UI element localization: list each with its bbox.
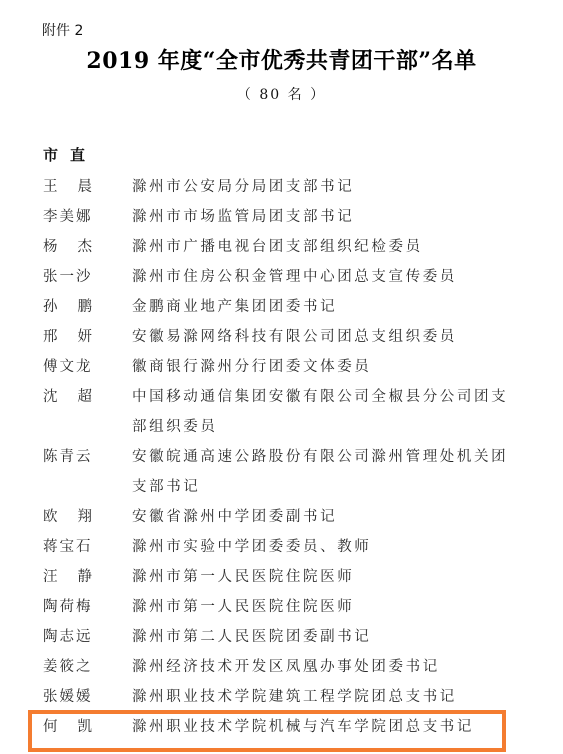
- document-title: 2019 年度“全市优秀共青团干部”名单: [0, 44, 563, 75]
- honoree-role: 徽商银行滁州分行团委文体委员: [132, 352, 523, 382]
- list-item: 傅文龙徽商银行滁州分行团委文体委员: [43, 352, 523, 382]
- honoree-role: 安徽皖通高速公路股份有限公司滁州管理处机关团支部书记: [132, 442, 523, 502]
- honoree-name: 张媛媛: [43, 682, 132, 712]
- list-item: 陶荷梅滁州市第一人民医院住院医师: [43, 592, 523, 622]
- list-item: 杨杰滁州市广播电视台团支部组织纪检委员: [43, 232, 523, 262]
- honoree-name: 沈超: [43, 382, 132, 442]
- honoree-name: 王晨: [43, 172, 132, 202]
- honoree-name: 陈青云: [43, 442, 132, 502]
- list-item: 孙鹏金鹏商业地产集团团委书记: [43, 292, 523, 322]
- honoree-name: 姜筱之: [43, 652, 132, 682]
- honoree-list: 王晨滁州市公安局分局团支部书记 李美娜滁州市市场监管局团支部书记 杨杰滁州市广播…: [43, 172, 523, 742]
- list-item: 陶志远滁州市第二人民医院团委副书记: [43, 622, 523, 652]
- honoree-role: 安徽省滁州中学团委副书记: [132, 502, 523, 532]
- list-item: 李美娜滁州市市场监管局团支部书记: [43, 202, 523, 232]
- honoree-role: 安徽易滁网络科技有限公司团总支组织委员: [132, 322, 523, 352]
- section-heading: 市直: [43, 144, 97, 165]
- honoree-role: 滁州市实验中学团委委员、教师: [132, 532, 523, 562]
- honoree-name: 邢妍: [43, 322, 132, 352]
- list-item: 邢妍安徽易滁网络科技有限公司团总支组织委员: [43, 322, 523, 352]
- count-label: （ 80 名 ）: [0, 84, 563, 104]
- honoree-role: 滁州市住房公积金管理中心团总支宣传委员: [132, 262, 523, 292]
- list-item: 王晨滁州市公安局分局团支部书记: [43, 172, 523, 202]
- list-item: 沈超中国移动通信集团安徽有限公司全椒县分公司团支部组织委员: [43, 382, 523, 442]
- highlight-box: [28, 710, 506, 752]
- honoree-role: 滁州市第一人民医院住院医师: [132, 592, 523, 622]
- honoree-name: 杨杰: [43, 232, 132, 262]
- honoree-name: 孙鹏: [43, 292, 132, 322]
- honoree-role: 滁州市广播电视台团支部组织纪检委员: [132, 232, 523, 262]
- list-item: 欧翔安徽省滁州中学团委副书记: [43, 502, 523, 532]
- honoree-role: 滁州市公安局分局团支部书记: [132, 172, 523, 202]
- list-item: 汪静滁州市第一人民医院住院医师: [43, 562, 523, 592]
- honoree-name: 欧翔: [43, 502, 132, 532]
- honoree-role: 金鹏商业地产集团团委书记: [132, 292, 523, 322]
- honoree-role: 滁州经济技术开发区凤凰办事处团委书记: [132, 652, 523, 682]
- honoree-name: 李美娜: [43, 202, 132, 232]
- honoree-role: 中国移动通信集团安徽有限公司全椒县分公司团支部组织委员: [132, 382, 523, 442]
- list-item: 陈青云安徽皖通高速公路股份有限公司滁州管理处机关团支部书记: [43, 442, 523, 502]
- honoree-name: 蒋宝石: [43, 532, 132, 562]
- list-item: 张媛媛滁州职业技术学院建筑工程学院团总支书记: [43, 682, 523, 712]
- honoree-role: 滁州市市场监管局团支部书记: [132, 202, 523, 232]
- honoree-role: 滁州职业技术学院建筑工程学院团总支书记: [132, 682, 523, 712]
- list-item: 张一沙滁州市住房公积金管理中心团总支宣传委员: [43, 262, 523, 292]
- attachment-label: 附件 2: [42, 20, 83, 40]
- honoree-name: 汪静: [43, 562, 132, 592]
- honoree-role: 滁州市第二人民医院团委副书记: [132, 622, 523, 652]
- list-item: 蒋宝石滁州市实验中学团委委员、教师: [43, 532, 523, 562]
- honoree-name: 陶荷梅: [43, 592, 132, 622]
- honoree-name: 傅文龙: [43, 352, 132, 382]
- honoree-name: 张一沙: [43, 262, 132, 292]
- honoree-role: 滁州市第一人民医院住院医师: [132, 562, 523, 592]
- honoree-name: 陶志远: [43, 622, 132, 652]
- list-item: 姜筱之滁州经济技术开发区凤凰办事处团委书记: [43, 652, 523, 682]
